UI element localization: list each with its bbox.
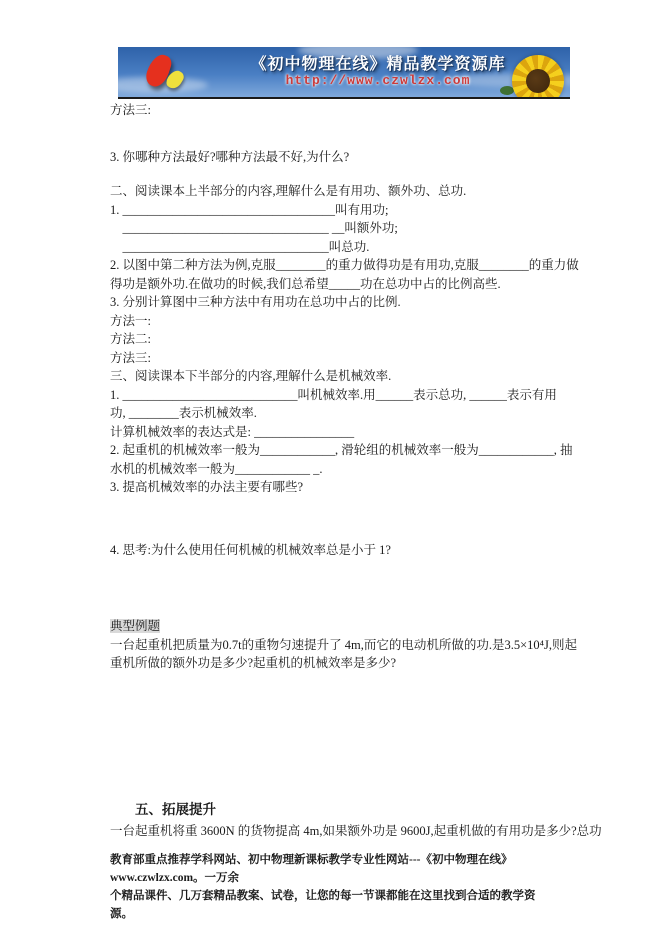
blank-total-work: _________________________________叫总功. bbox=[110, 238, 558, 257]
example-heading: 典型例题 bbox=[110, 617, 558, 636]
blank-useful-work: 1. __________________________________叫有用… bbox=[110, 201, 558, 220]
section3-heading: 三、阅读课本下半部分的内容,理解什么是机械效率. bbox=[110, 367, 558, 386]
document-body: 方法三: 3. 你哪种方法最好?哪种方法最不好,为什么? 二、阅读课本上半部分的… bbox=[110, 101, 558, 923]
question-best-method: 3. 你哪种方法最好?哪种方法最不好,为什么? bbox=[110, 148, 558, 167]
efficiency-formula: 计算机械效率的表达式是: ________________ bbox=[110, 423, 558, 442]
worksheet-page: 《初中物理在线》精品教学资源库 http://www.czwlzx.com 方法… bbox=[0, 0, 661, 936]
example-line1: 一台起重机把质量为0.7t的重物匀速提升了 4m,而它的电动机所做的功.是3.5… bbox=[110, 636, 558, 655]
method-1: 方法一: bbox=[110, 312, 558, 331]
question2-line2: 得功是额外功.在做功的时候,我们总希望_____功在总功中占的比例高些. bbox=[110, 275, 558, 294]
efficiency-values-line2: 水机的机械效率一般为____________ _. bbox=[110, 460, 558, 479]
question-think: 4. 思考:为什么使用任何机械的机械效率总是小于 1? bbox=[110, 541, 558, 560]
footer-line2: 个精品课件、几万套精品教案、试卷，让您的每一节课都能在这里找到合适的教学资源。 bbox=[110, 887, 558, 923]
example-heading-highlight: 典型例题 bbox=[110, 619, 160, 633]
sunflower-image bbox=[512, 55, 564, 99]
question3-calc: 3. 分别计算图中三种方法中有用功在总功中占的比例. bbox=[110, 293, 558, 312]
section5-heading: 五、拓展提升 bbox=[110, 800, 558, 820]
efficiency-def-line1: 1. ____________________________叫机械效率.用__… bbox=[110, 386, 558, 405]
banner-title: 《初中物理在线》精品教学资源库 bbox=[213, 51, 543, 74]
efficiency-def-line2: 功, ________表示机械效率. bbox=[110, 404, 558, 423]
section5-problem: 一台起重机将重 3600N 的货物提高 4m,如果额外功是 9600J,起重机做… bbox=[110, 822, 558, 841]
question-improve: 3. 提高机械效率的办法主要有哪些? bbox=[110, 478, 558, 497]
section2-heading: 二、阅读课本上半部分的内容,理解什么是有用功、额外功、总功. bbox=[110, 182, 558, 201]
method-3: 方法三: bbox=[110, 349, 558, 368]
question2-line1: 2. 以图中第二种方法为例,克服________的重力做得功是有用功,克服___… bbox=[110, 256, 558, 275]
banner-url-link[interactable]: http://www.czwlzx.com bbox=[213, 73, 543, 88]
example-line2: 重机所做的额外功是多少?起重机的机械效率是多少? bbox=[110, 654, 558, 673]
line-method3-top: 方法三: bbox=[110, 101, 558, 120]
footer-line1: 教育部重点推荐学科网站、初中物理新课标教学专业性网站---《初中物理在线》www… bbox=[110, 851, 558, 887]
method-2: 方法二: bbox=[110, 330, 558, 349]
site-banner: 《初中物理在线》精品教学资源库 http://www.czwlzx.com bbox=[118, 47, 570, 99]
blank-extra-work: _________________________________ __叫额外功… bbox=[110, 219, 558, 238]
efficiency-values-line1: 2. 起重机的机械效率一般为____________, 滑轮组的机械效率一般为_… bbox=[110, 441, 558, 460]
